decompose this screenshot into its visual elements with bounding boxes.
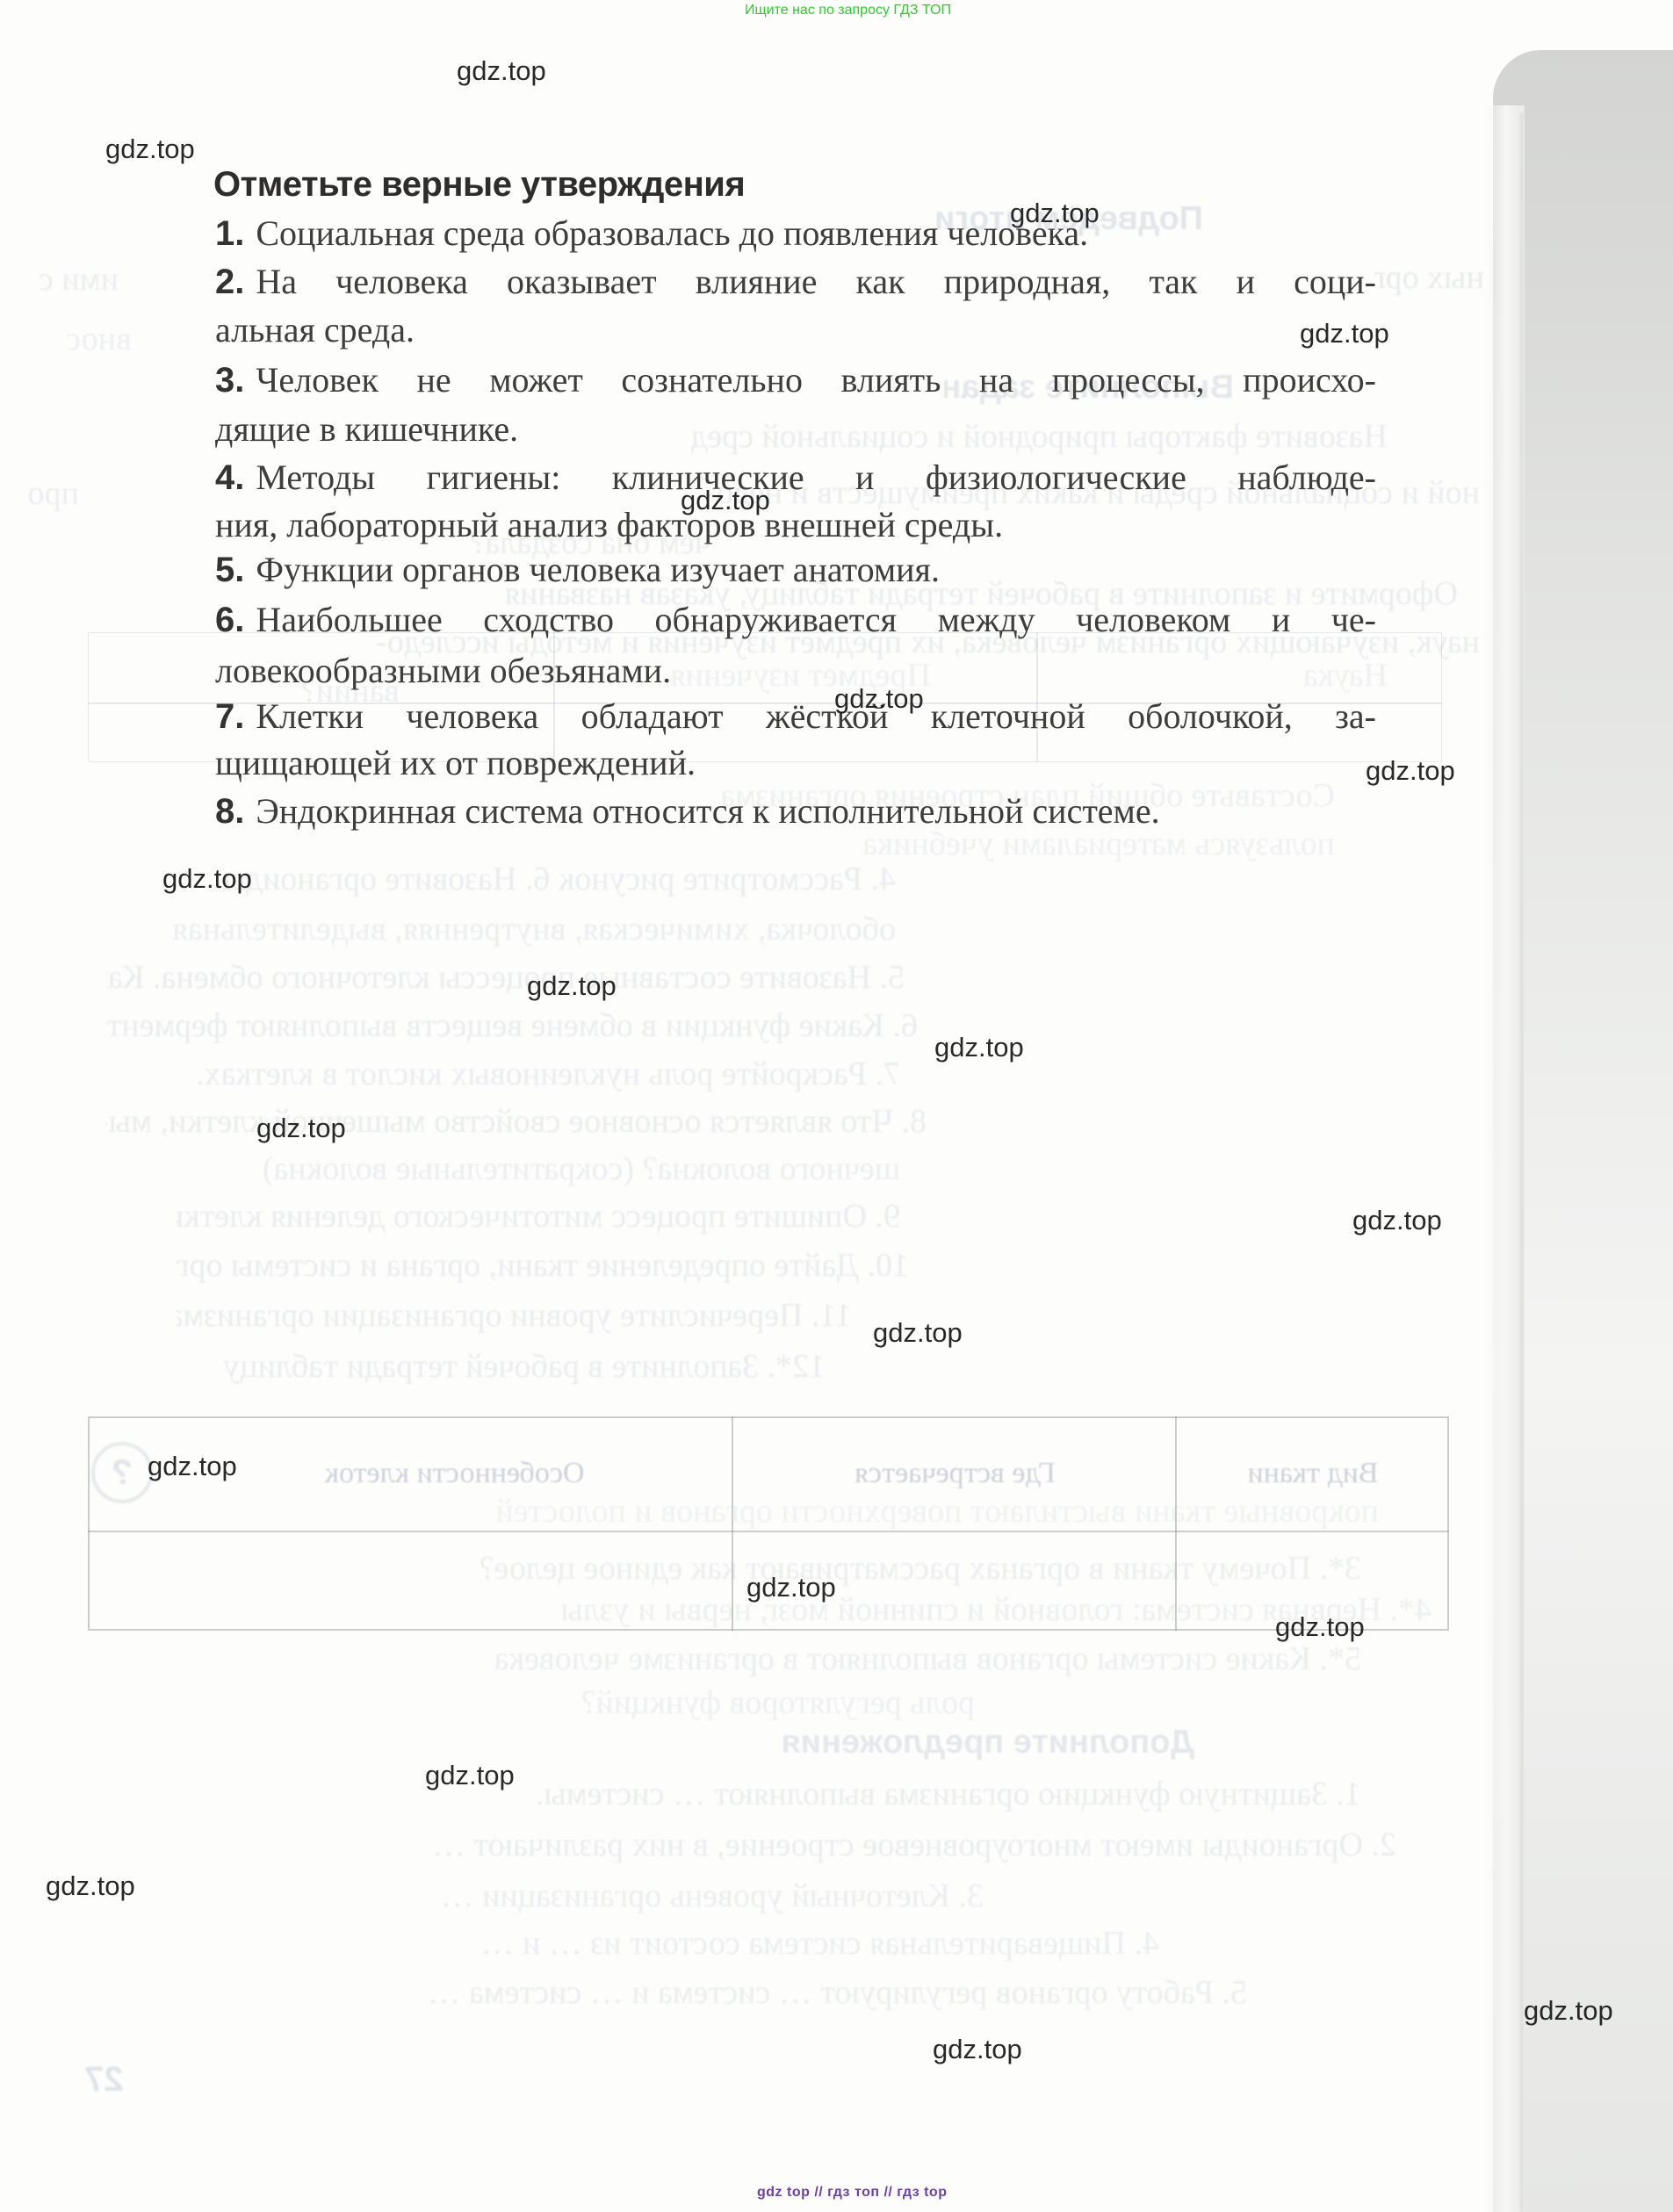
gdz-watermark: gdz.top	[1010, 198, 1100, 229]
gdz-watermark: gdz.top	[1524, 1995, 1613, 2027]
gdz-watermark: gdz.top	[425, 1760, 515, 1791]
gdz-watermark: gdz.top	[933, 2034, 1022, 2065]
gdz-watermark: gdz.top	[46, 1870, 135, 1902]
scanned-textbook-page: { "banners": { "top_text": "Ищите нас по…	[0, 0, 1673, 2212]
gdz-watermark: gdz.top	[527, 970, 617, 1002]
gdz-watermark: gdz.top	[934, 1032, 1024, 1063]
gdz-watermark: gdz.top	[1352, 1205, 1442, 1236]
gdz-watermark: gdz.top	[256, 1113, 346, 1144]
bottom-banner-text: gdz top // гдз топ // гдз top	[757, 2185, 947, 2201]
gdz-watermark: gdz.top	[1300, 318, 1389, 349]
gdz-watermark: gdz.top	[457, 55, 546, 87]
gdz-watermark: gdz.top	[162, 863, 252, 895]
gdz-watermark: gdz.top	[834, 683, 924, 715]
gdz-watermark: gdz.top	[873, 1317, 963, 1349]
top-banner-text: Ищите нас по запросу ГДЗ ТОП	[745, 3, 951, 18]
gdz-watermark: gdz.top	[1275, 1611, 1365, 1643]
gdz-watermark: gdz.top	[746, 1572, 836, 1603]
watermark-layer: gdz.top gdz.top gdz.top gdz.top gdz.top …	[0, 0, 1673, 2212]
gdz-watermark: gdz.top	[105, 133, 195, 165]
gdz-watermark: gdz.top	[148, 1451, 237, 1482]
gdz-watermark: gdz.top	[681, 485, 770, 516]
gdz-watermark: gdz.top	[1366, 755, 1455, 787]
